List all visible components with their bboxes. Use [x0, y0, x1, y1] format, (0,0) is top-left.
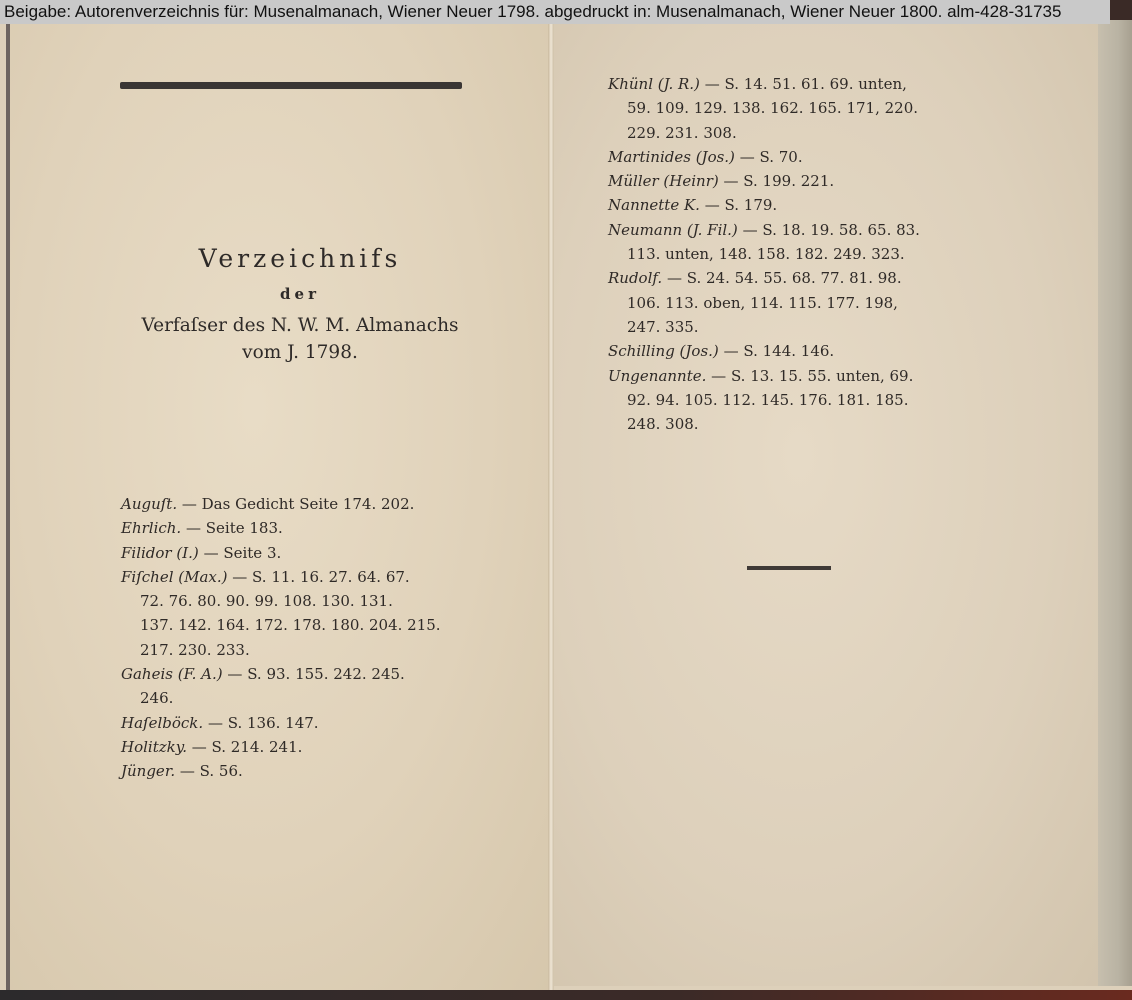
- author-name: Khünl (J. R.): [608, 75, 700, 93]
- page-refs: — S. 14. 51. 61. 69. unten,: [705, 75, 907, 93]
- page-refs-continued: 247. 335.: [608, 315, 978, 339]
- author-entry: Fiſchel (Max.) — S. 11. 16. 27. 64. 67. …: [121, 565, 491, 662]
- author-name: Müller (Heinr): [608, 172, 719, 190]
- document-caption: Beigabe: Autorenverzeichnis für: Musenal…: [0, 0, 1110, 24]
- author-entry: Auguſt. — Das Gedicht Seite 174. 202.: [121, 492, 491, 516]
- page-refs: — S. 13. 15. 55. unten, 69.: [711, 367, 913, 385]
- page-refs: — S. 11. 16. 27. 64. 67.: [232, 568, 409, 586]
- title-block: Verzeichnifs der Verfaſser des N. W. M. …: [110, 242, 490, 366]
- page-refs-continued: 137. 142. 164. 172. 178. 180. 204. 215.: [121, 613, 491, 637]
- book-cover-edge: [0, 990, 1132, 1000]
- page-refs-continued: 229. 231. 308.: [608, 121, 978, 145]
- author-entry: Müller (Heinr) — S. 199. 221.: [608, 169, 978, 193]
- author-name: Ehrlich.: [121, 519, 181, 537]
- author-name: Gaheis (F. A.): [121, 665, 223, 683]
- author-name: Jünger.: [121, 762, 175, 780]
- page-refs: — S. 70.: [740, 148, 803, 166]
- page-refs-continued: 248. 308.: [608, 412, 978, 436]
- author-name: Auguſt.: [121, 495, 177, 513]
- author-entry: Jünger. — S. 56.: [121, 759, 491, 783]
- author-entry: Rudolf. — S. 24. 54. 55. 68. 77. 81. 98.…: [608, 266, 978, 339]
- book-spread: Verzeichnifs der Verfaſser des N. W. M. …: [0, 20, 1132, 990]
- page-refs-continued: 92. 94. 105. 112. 145. 176. 181. 185.: [608, 388, 978, 412]
- title-connector: der: [110, 276, 490, 312]
- author-entry: Neumann (J. Fil.) — S. 18. 19. 58. 65. 8…: [608, 218, 978, 267]
- author-name: Holitzky.: [121, 738, 187, 756]
- page-refs-continued: 72. 76. 80. 90. 99. 108. 130. 131.: [121, 589, 491, 613]
- page-refs-continued: 59. 109. 129. 138. 162. 165. 171, 220.: [608, 96, 978, 120]
- author-name: Nannette K.: [608, 196, 700, 214]
- author-entry: Haſelböck. — S. 136. 147.: [121, 711, 491, 735]
- subtitle-line-1: Verfaſser des N. W. M. Almanachs: [110, 312, 490, 339]
- author-name: Rudolf.: [608, 269, 662, 287]
- author-list-right: Khünl (J. R.) — S. 14. 51. 61. 69. unten…: [608, 72, 978, 436]
- page-refs-continued: 246.: [121, 686, 491, 710]
- author-name: Martinides (Jos.): [608, 148, 735, 166]
- page-refs: — S. 56.: [180, 762, 243, 780]
- author-entry: Ehrlich. — Seite 183.: [121, 516, 491, 540]
- author-entry: Schilling (Jos.) — S. 144. 146.: [608, 339, 978, 363]
- author-entry: Gaheis (F. A.) — S. 93. 155. 242. 245. 2…: [121, 662, 491, 711]
- page-refs: — Seite 183.: [186, 519, 283, 537]
- page-refs-continued: 217. 230. 233.: [121, 638, 491, 662]
- author-name: Neumann (J. Fil.): [608, 221, 738, 239]
- page-refs: — S. 179.: [705, 196, 777, 214]
- page-refs: — S. 199. 221.: [724, 172, 835, 190]
- page-refs: — S. 18. 19. 58. 65. 83.: [743, 221, 920, 239]
- page-refs: — S. 144. 146.: [724, 342, 835, 360]
- page-refs: — S. 24. 54. 55. 68. 77. 81. 98.: [667, 269, 902, 287]
- author-list-left: Auguſt. — Das Gedicht Seite 174. 202. Eh…: [121, 492, 491, 784]
- author-entry: Khünl (J. R.) — S. 14. 51. 61. 69. unten…: [608, 72, 978, 145]
- page-refs-continued: 113. unten, 148. 158. 182. 249. 323.: [608, 242, 978, 266]
- header-rule: [120, 82, 462, 89]
- author-name: Schilling (Jos.): [608, 342, 719, 360]
- page-refs: — S. 214. 241.: [192, 738, 303, 756]
- page-title: Verzeichnifs: [110, 242, 490, 276]
- subtitle-line-2: vom J. 1798.: [110, 339, 490, 366]
- page-edges: [1098, 20, 1132, 986]
- end-rule: [747, 566, 831, 570]
- author-entry: Filidor (I.) — Seite 3.: [121, 541, 491, 565]
- page-refs: — S. 93. 155. 242. 245.: [227, 665, 404, 683]
- author-entry: Martinides (Jos.) — S. 70.: [608, 145, 978, 169]
- author-name: Ungenannte.: [608, 367, 706, 385]
- author-entry: Holitzky. — S. 214. 241.: [121, 735, 491, 759]
- page-refs-continued: 106. 113. oben, 114. 115. 177. 198,: [608, 291, 978, 315]
- page-refs: — S. 136. 147.: [208, 714, 319, 732]
- author-name: Filidor (I.): [121, 544, 199, 562]
- author-name: Fiſchel (Max.): [121, 568, 228, 586]
- page-refs: — Das Gedicht Seite 174. 202.: [182, 495, 415, 513]
- author-name: Haſelböck.: [121, 714, 203, 732]
- page-refs: — Seite 3.: [204, 544, 282, 562]
- author-entry: Nannette K. — S. 179.: [608, 193, 978, 217]
- author-entry: Ungenannte. — S. 13. 15. 55. unten, 69. …: [608, 364, 978, 437]
